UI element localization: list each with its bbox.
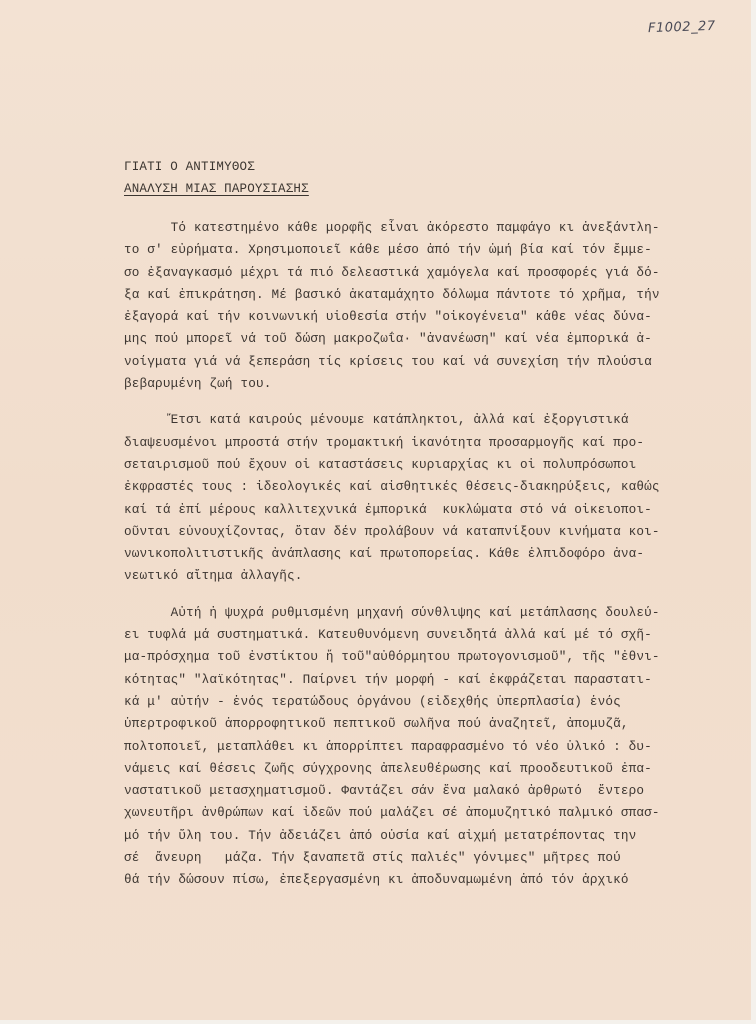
text-line: ναστατικοῦ μετασχηματισμοῦ. Φαντάζει σάν… xyxy=(124,780,654,802)
text-line: χωνευτῆρι ἀνθρώπων καί ἰδεῶν πού μαλάζει… xyxy=(124,802,654,824)
text-line: διαψευσμένοι μπροστά στήν τρομακτική ἱκα… xyxy=(124,432,654,454)
title-line-1: ΓΙΑΤΙ Ο ΑΝΤΙΜΥΘΟΣ xyxy=(124,156,309,178)
text-line: ξα καί ἐπικράτηση. Μέ βασικό ἀκαταμάχητο… xyxy=(124,284,654,306)
text-line: νοίγματα γιά νά ξεπεράση τίς κρίσεις του… xyxy=(124,351,654,373)
text-line: μό τήν ὕλη του. Τήν ἀδειάζει ἀπό οὐσία κ… xyxy=(124,825,654,847)
text-line: ὑπερτροφικοῦ ἀπορροφητικοῦ πεπτικοῦ σωλῆ… xyxy=(124,713,654,735)
text-line: νεωτικό αἴτημα ἀλλαγῆς. xyxy=(124,565,654,587)
text-line: κά μ' αὐτήν - ἑνός τερατώδους ὀργάνου (ε… xyxy=(124,691,654,713)
text-line: σεταιρισμοῦ πού ἔχουν οἱ καταστάσεις κυρ… xyxy=(124,454,654,476)
document-title: ΓΙΑΤΙ Ο ΑΝΤΙΜΥΘΟΣ ΑΝΑΛΥΣΗ ΜΙΑΣ ΠΑΡΟΥΣΙΑΣ… xyxy=(124,156,309,200)
text-line: σέ ἄνευρη μάζα. Τήν ξαναπετᾶ στίς παλιές… xyxy=(124,847,654,869)
paragraph-3: Αὐτή ἡ ψυχρά ρυθμισμένη μηχανή σύνθλιψης… xyxy=(124,602,654,892)
text-line: νάμεις καί θέσεις ζωῆς σύγχρονης ἀπελευθ… xyxy=(124,758,654,780)
text-line: πολτοποιεῖ, μεταπλάθει κι ἀπορρίπτει παρ… xyxy=(124,736,654,758)
text-line: Αὐτή ἡ ψυχρά ρυθμισμένη μηχανή σύνθλιψης… xyxy=(124,602,654,624)
text-line: ει τυφλά μά συστηματικά. Κατευθυνόμενη σ… xyxy=(124,624,654,646)
text-line: Τό κατεστημένο κάθε μορφῆς εἶναι ἀκόρεστ… xyxy=(124,217,654,239)
archive-reference-note: F1002_27 xyxy=(648,19,716,36)
title-line-2-subtitle: ΑΝΑΛΥΣΗ ΜΙΑΣ ΠΑΡΟΥΣΙΑΣΗΣ xyxy=(124,178,309,200)
text-line: μα-πρόσχημα τοῦ ἐνστίκτου ἤ τοῦ"αὐθόρμητ… xyxy=(124,646,654,668)
paragraph-1: Τό κατεστημένο κάθε μορφῆς εἶναι ἀκόρεστ… xyxy=(124,217,654,395)
text-line: ἐκφραστές τους : ἰδεολογικές καί αἰσθητι… xyxy=(124,476,654,498)
text-line: οῦνται εὐνουχίζοντας, ὅταν δέν προλάβουν… xyxy=(124,521,654,543)
text-line: καί τά ἐπί μέρους καλλιτεχνικά ἐμπορικά … xyxy=(124,499,654,521)
text-line: κότητας" "λαϊκότητας". Παίρνει τήν μορφή… xyxy=(124,669,654,691)
text-line: θά τήν δώσουν πίσω, ἐπεξεργασμένη κι ἀπο… xyxy=(124,869,654,891)
text-line: βεβαρυμένη ζωή του. xyxy=(124,373,654,395)
document-body: Τό κατεστημένο κάθε μορφῆς εἶναι ἀκόρεστ… xyxy=(124,217,654,906)
text-line: νωνικοπολιτιστικῆς ἀνάπλασης καί πρωτοπο… xyxy=(124,543,654,565)
text-line: Ἔτσι κατά καιρούς μένουμε κατάπληκτοι, ἀ… xyxy=(124,409,654,431)
paragraph-2: Ἔτσι κατά καιρούς μένουμε κατάπληκτοι, ἀ… xyxy=(124,409,654,587)
text-line: το σ' εὐρήματα. Χρησιμοποιεῖ κάθε μέσο ἀ… xyxy=(124,239,654,261)
scanned-page: F1002_27 ΓΙΑΤΙ Ο ΑΝΤΙΜΥΘΟΣ ΑΝΑΛΥΣΗ ΜΙΑΣ … xyxy=(0,0,751,1020)
text-line: μης πού μπορεῖ νά τοῦ δώση μακροζωΐα· "ἀ… xyxy=(124,328,654,350)
text-line: σο ἐξαναγκασμό μέχρι τά πιό δελεαστικά χ… xyxy=(124,262,654,284)
text-line: ἐξαγορά καί τήν κοινωνική υἱοθεσία στήν … xyxy=(124,306,654,328)
